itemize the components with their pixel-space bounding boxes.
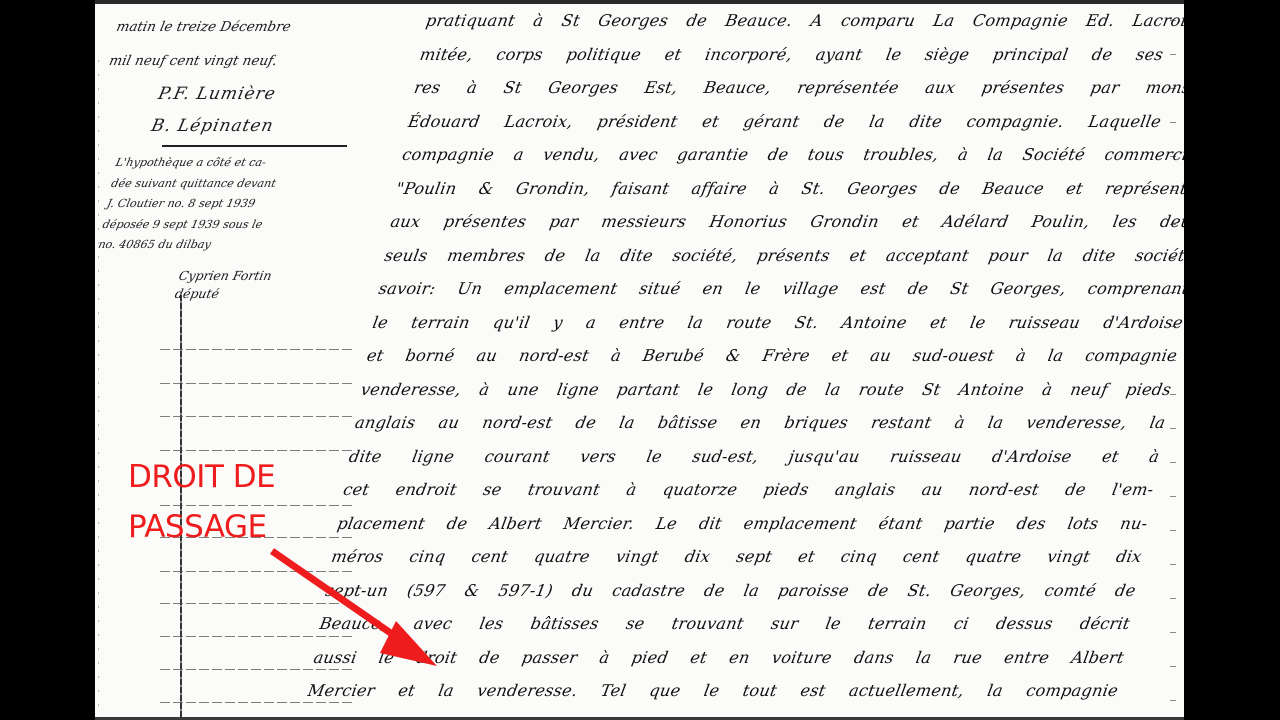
- label-line: DROIT DE: [128, 452, 328, 502]
- margin-registration-note: L'hypothèque a côté et ca- dée suivant q…: [96, 153, 282, 256]
- body-line: placement de Albert Mercier. Le dit empl…: [335, 507, 1151, 541]
- margin-line: L'hypothèque a côté et ca-: [114, 153, 283, 174]
- body-line: Beauce, avec les bâtisses se trouvant su…: [317, 607, 1133, 641]
- signature: B. Lépinaten: [148, 110, 277, 142]
- body-line: aux présentes par messieurs Honorius Gro…: [388, 205, 1184, 239]
- body-line: le terrain qu'il y a entre la route St. …: [370, 306, 1184, 340]
- margin-rule: [160, 450, 355, 451]
- body-line-highlighted: aussi le droit de passer à pied et en vo…: [311, 641, 1127, 675]
- body-line: cet endroit se trouvant à quatorze pieds…: [340, 473, 1156, 507]
- body-line: pratiquant à St Georges de Beauce. A com…: [423, 4, 1184, 38]
- body-line: res à St Georges Est, Beauce, représenté…: [411, 71, 1184, 105]
- margin-rule: [160, 349, 355, 350]
- body-line: sept-un (597 & 597-1) du cadastre de la …: [323, 574, 1139, 608]
- body-line: compagnie a vendu, avec garantie de tous…: [399, 138, 1184, 172]
- margin-date-text: matin le treize Décembre mil neuf cent v…: [106, 10, 294, 78]
- body-line: Édouard Lacroix, président et gérant de …: [405, 105, 1184, 139]
- margin-line: dée suivant quittance devant: [109, 174, 278, 195]
- label-line: PASSAGE: [128, 502, 328, 552]
- body-line: seuls membres de la dite société, présen…: [382, 239, 1184, 273]
- deed-body-text: pratiquant à St Georges de Beauce. A com…: [305, 4, 1184, 708]
- margin-rule: [160, 383, 355, 384]
- signature: Cyprien Fortin: [177, 267, 273, 285]
- margin-line: J. Cloutier no. 8 sept 1939: [105, 194, 274, 215]
- body-line: "Poulin & Grondin, faisant affaire à St.…: [394, 172, 1184, 206]
- document-page: matin le treize Décembre mil neuf cent v…: [95, 0, 1184, 720]
- left-edge-dots: [98, 60, 99, 720]
- margin-rule: [160, 571, 355, 572]
- registrar-signature: Cyprien Fortin député: [173, 267, 273, 303]
- margin-line: déposée 9 sept 1939 sous le: [100, 215, 269, 236]
- body-line: anglais au nord-est de la bâtisse en bri…: [352, 406, 1168, 440]
- margin-line: no. 40865 du dilbay: [96, 235, 265, 256]
- body-line: savoir: Un emplacement situé en le villa…: [376, 272, 1184, 306]
- signature: député: [173, 285, 269, 303]
- body-line: méros cinq cent quatre vingt dix sept et…: [329, 540, 1145, 574]
- margin-line: matin le treize Décembre: [113, 10, 294, 44]
- body-line: venderesse, à une ligne partant le long …: [358, 373, 1174, 407]
- body-line: Mercier et la venderesse. Tel que le tou…: [305, 674, 1121, 708]
- body-line: et borné au nord-est à Berubé & Frère et…: [364, 339, 1180, 373]
- margin-signatures: P.F. Lumière B. Lépinaten: [148, 78, 284, 142]
- droit-de-passage-label: DROIT DE PASSAGE: [128, 452, 328, 552]
- body-line: mitée, corps politique et incorporé, aya…: [417, 38, 1184, 72]
- margin-rule: [160, 416, 355, 417]
- margin-line: mil neuf cent vingt neuf.: [106, 44, 287, 78]
- signature: P.F. Lumière: [155, 78, 284, 110]
- body-line: dite ligne courant vers le sud-est, jusq…: [346, 440, 1162, 474]
- signature-underline: [162, 145, 347, 147]
